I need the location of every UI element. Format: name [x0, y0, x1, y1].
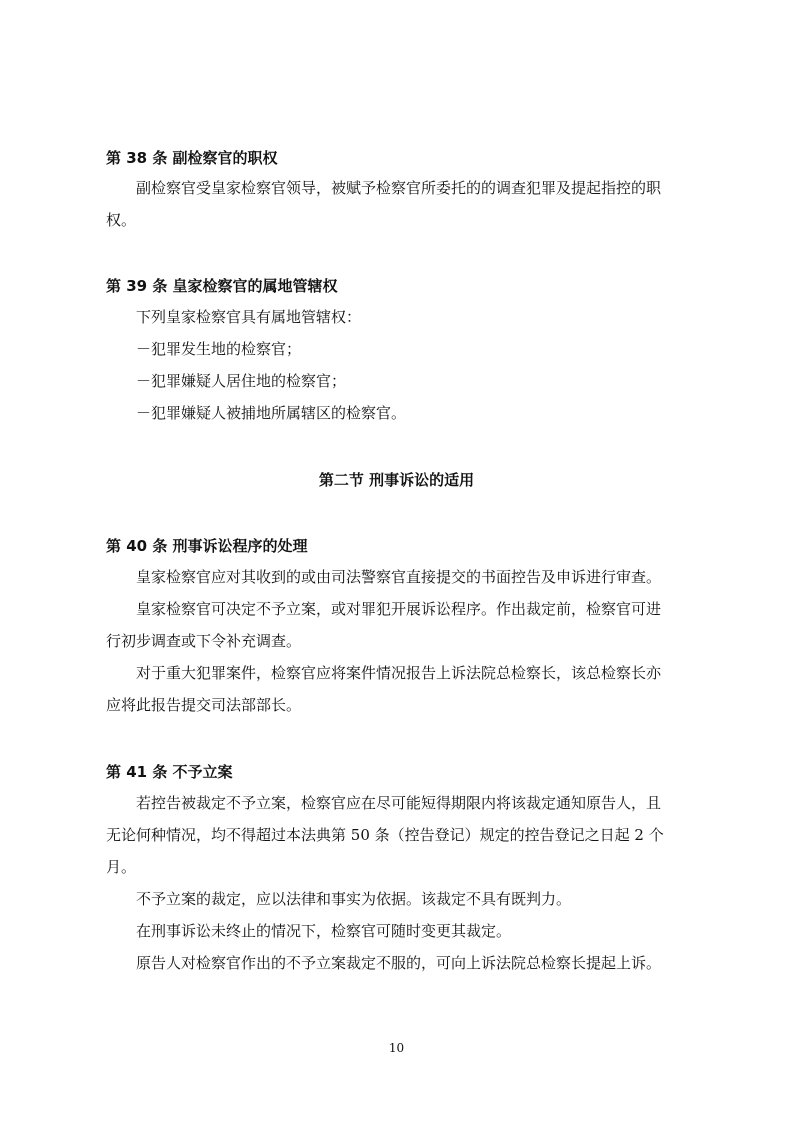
section-heading: 第二节 刑事诉讼的适用 — [0, 470, 793, 490]
document-page: 第 38 条 副检察官的职权 副检察官受皇家检察官领导，被赋予检察官所委托的的调… — [0, 0, 793, 1122]
article-40-paragraph: 皇家检察官可决定不予立案，或对罪犯开展诉讼程序。作出裁定前，检察官可进 — [136, 599, 661, 619]
article-40-heading: 第 40 条 刑事诉讼程序的处理 — [106, 536, 308, 556]
article-41-paragraph-cont: 月。 — [106, 857, 136, 877]
article-41-heading: 第 41 条 不予立案 — [106, 762, 233, 782]
article-38-paragraph: 副检察官受皇家检察官领导，被赋予检察官所委托的的调查犯罪及提起指控的职 — [136, 178, 661, 198]
article-38-heading: 第 38 条 副检察官的职权 — [106, 148, 278, 168]
article-40-paragraph: 皇家检察官应对其收到的或由司法警察官直接提交的书面控告及申诉进行审查。 — [136, 567, 661, 587]
article-39-list-item: －犯罪嫌疑人居住地的检察官； — [136, 371, 346, 391]
article-39-list-item: －犯罪发生地的检察官； — [136, 339, 301, 359]
article-41-paragraph-cont: 无论何种情况，均不得超过本法典第 50 条（控告登记）规定的控告登记之日起 2 … — [106, 825, 664, 845]
article-41-paragraph: 原告人对检察官作出的不予立案裁定不服的，可向上诉法院总检察长提起上诉。 — [136, 953, 661, 973]
page-number: 10 — [0, 1038, 793, 1058]
article-41-paragraph: 不予立案的裁定，应以法律和事实为依据。该裁定不具有既判力。 — [136, 889, 571, 909]
article-41-paragraph: 若控告被裁定不予立案，检察官应在尽可能短得期限内将该裁定通知原告人，且 — [136, 793, 661, 813]
article-40-paragraph: 对于重大犯罪案件，检察官应将案件情况报告上诉法院总检察长，该总检察长亦 — [136, 663, 661, 683]
article-40-paragraph-cont: 应将此报告提交司法部部长。 — [106, 695, 301, 715]
article-41-paragraph: 在刑事诉讼未终止的情况下，检察官可随时变更其裁定。 — [136, 921, 511, 941]
article-38-paragraph-cont: 权。 — [106, 210, 136, 230]
article-39-list-item: －犯罪嫌疑人被捕地所属辖区的检察官。 — [136, 403, 406, 423]
article-40-paragraph-cont: 行初步调查或下令补充调查。 — [106, 631, 301, 651]
article-39-heading: 第 39 条 皇家检察官的属地管辖权 — [106, 276, 338, 296]
article-39-paragraph: 下列皇家检察官具有属地管辖权： — [136, 307, 361, 327]
